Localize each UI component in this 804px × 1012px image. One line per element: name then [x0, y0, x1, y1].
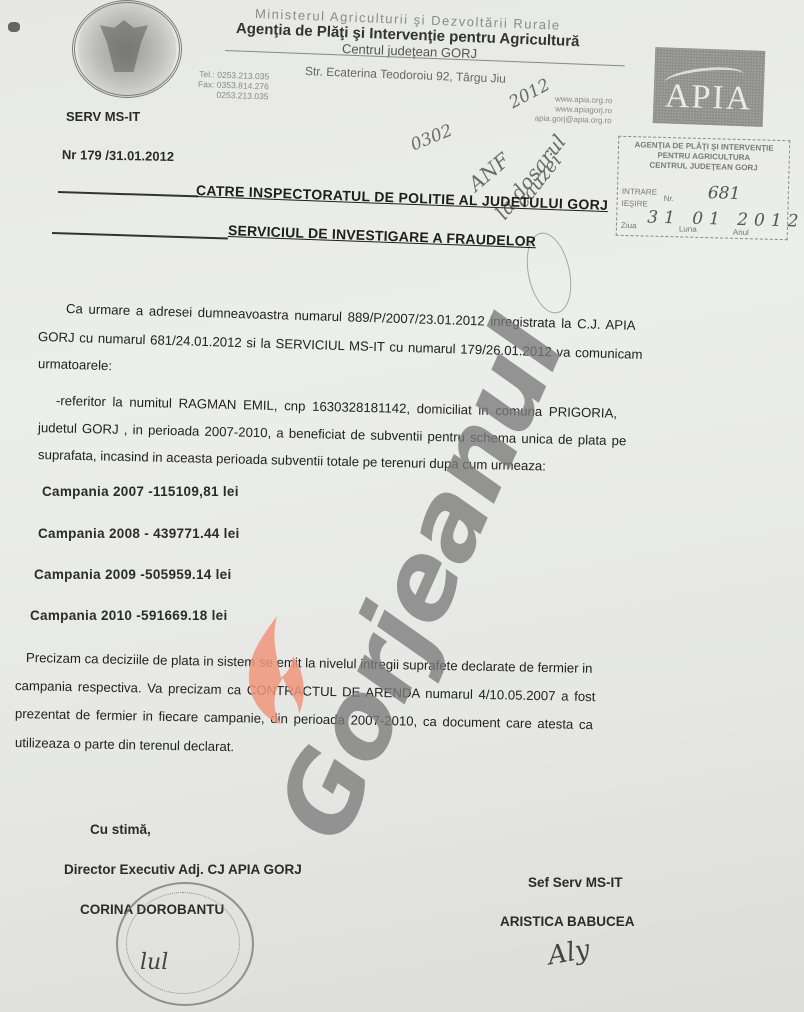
- campaign-2007: Campania 2007 -115109,81 lei: [42, 484, 239, 499]
- stamp-nr-label: Nr.: [664, 194, 674, 203]
- address: Str. Ecaterina Teodoroiu 92, Târgu Jiu: [305, 64, 506, 86]
- stamp-date-value: 31 01 2012: [647, 208, 804, 232]
- reference-number: Nr 179 /31.01.2012: [62, 147, 174, 164]
- campaign-2010: Campania 2010 -591669.18 lei: [30, 608, 228, 623]
- campaign-2009: Campania 2009 -505959.14 lei: [34, 567, 232, 582]
- stamp-ziua-label: Ziua: [621, 221, 637, 230]
- salutation: Cu stimă,: [90, 822, 151, 837]
- stamp-nr-value: 681: [708, 183, 741, 204]
- recipient-rule-1: [58, 191, 198, 197]
- gorjeanul-watermark: Gorjeanul: [252, 305, 587, 857]
- right-signatory-name: ARISTICA BABUCEA: [500, 914, 635, 929]
- right-signature: Aly: [546, 935, 592, 972]
- right-signatory-title: Sef Serv MS-IT: [528, 875, 623, 890]
- official-seal-inner-ring: [126, 892, 240, 994]
- left-signatory-title: Director Executiv Adj. CJ APIA GORJ: [64, 862, 302, 877]
- recipient-line-2: SERVICIUL DE INVESTIGARE A FRAUDELOR: [228, 222, 537, 249]
- email: apia.gorj@apia.org.ro: [535, 114, 612, 127]
- ink-spot: [8, 22, 20, 32]
- handwritten-date-day: 0302: [408, 121, 456, 156]
- campaign-2008: Campania 2008 - 439771.44 lei: [38, 526, 240, 541]
- stamp-intrare-label: INTRARE: [622, 187, 657, 197]
- para3-line-1: Precizam ca deciziile de plata in sistem…: [26, 650, 593, 676]
- recipient-rule-2: [52, 232, 228, 239]
- phone-alt: 0253.213.035: [197, 89, 268, 101]
- stamp-iesire-label: IEŞIRE: [621, 199, 647, 209]
- contact-web: www.apia.org.ro www.apiagorj.ro apia.gor…: [535, 94, 613, 127]
- para3-line-4: utilizeaza o parte din terenul declarat.: [15, 735, 234, 754]
- contact-phones: Tel.: 0253.213.035 Fax: 0353.814.276 025…: [197, 69, 269, 101]
- registration-stamp: AGENŢIA DE PLĂŢI ŞI INTERVENŢIE PENTRU A…: [616, 136, 791, 240]
- para1-line-3: urmatoarele:: [38, 356, 112, 373]
- left-signature: lul: [140, 950, 168, 975]
- sender-department: SERV MS-IT: [66, 109, 140, 124]
